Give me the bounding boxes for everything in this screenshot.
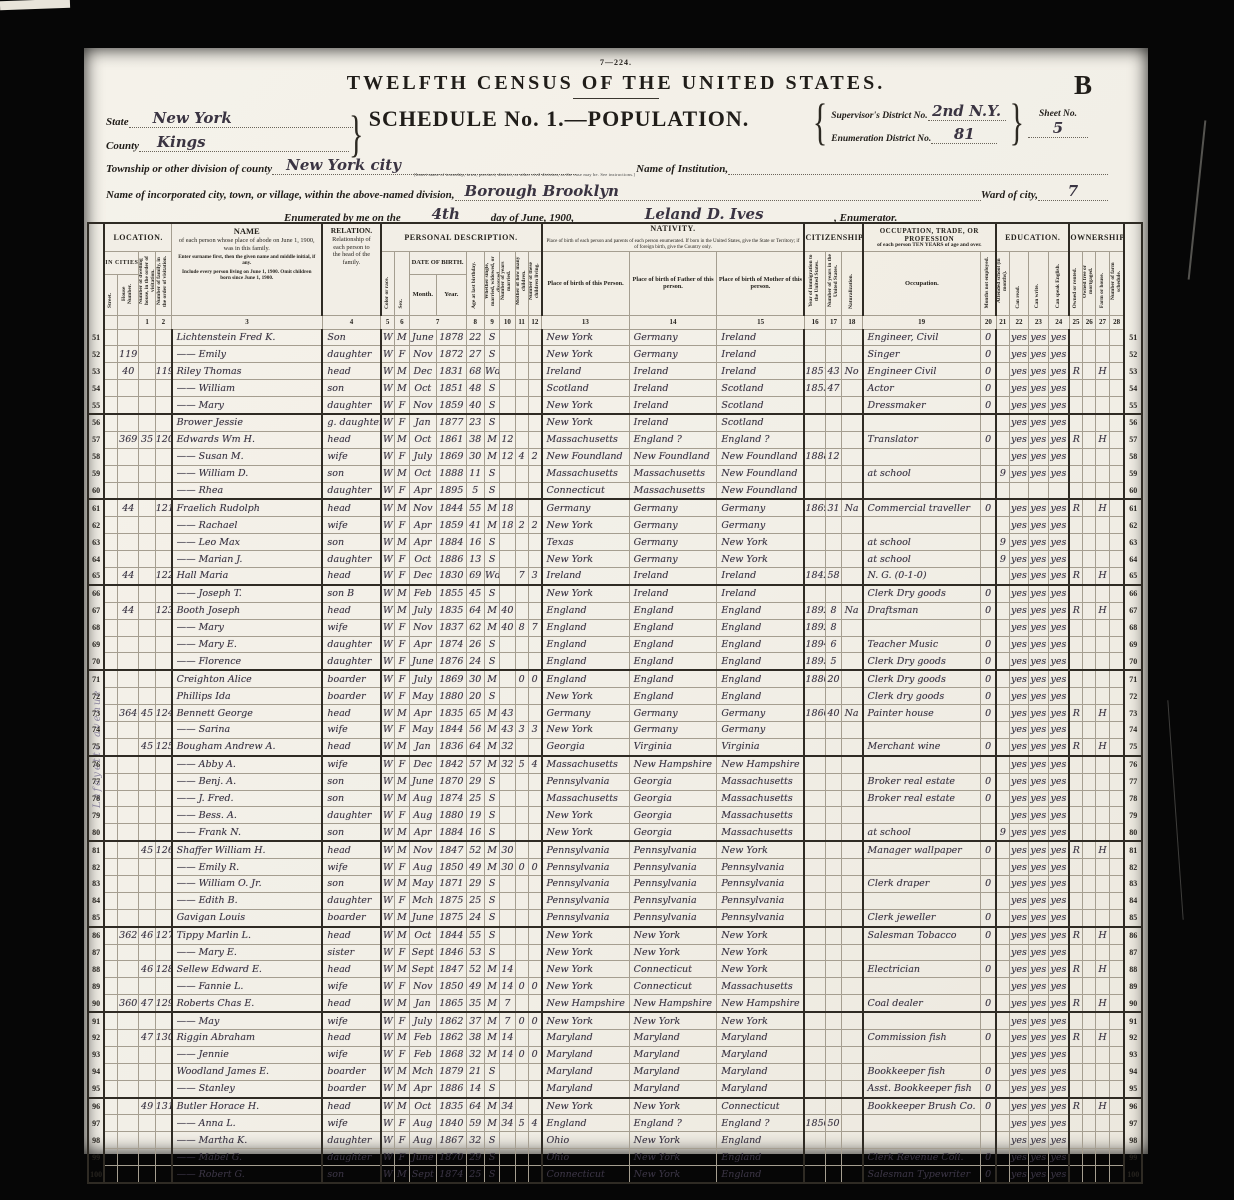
cell-years_us [826, 824, 841, 841]
cell-mortgage [1083, 909, 1096, 926]
column-number: 12 [528, 315, 541, 329]
census-table: LOCATION. NAME of each person whose plac… [87, 222, 1143, 1184]
header-family-number: Number of family, in the order of visita… [155, 251, 171, 315]
city-line: Name of incorporated city, town, or vill… [106, 182, 1108, 201]
row-number-right: 94 [1124, 1063, 1142, 1080]
cell-mortgage [1083, 448, 1096, 465]
cell-family [155, 414, 171, 431]
cell-imm_year: 1894 [804, 636, 825, 653]
cell-read: yes [1009, 738, 1028, 755]
row-number: 51 [88, 329, 104, 346]
cell-years_us [826, 978, 841, 995]
cell-age: 38 [466, 431, 484, 448]
cell-children_living [528, 1030, 541, 1047]
column-number: 2 [155, 315, 171, 329]
cell-pob_father: Connecticut [629, 978, 717, 995]
cell-years_us [826, 721, 841, 738]
header-marital: Whether single, married, widowed, or div… [484, 251, 499, 315]
row-number: 54 [88, 380, 104, 397]
cell-months_unemployed [981, 448, 996, 465]
cell-imm_year [804, 534, 825, 551]
cell-farm_house [1096, 329, 1109, 346]
cell-family [155, 892, 171, 909]
row-number-gutter-right [1124, 223, 1142, 329]
cell-mother_of [515, 909, 528, 926]
cell-color: W [381, 551, 395, 568]
cell-read [1009, 482, 1028, 499]
cell-marital: S [484, 534, 499, 551]
cell-read: yes [1009, 551, 1028, 568]
cell-english: yes [1048, 670, 1069, 687]
cell-color: W [381, 995, 395, 1012]
cell-house [118, 909, 139, 926]
cell-naturalization [841, 944, 862, 961]
table-row: 99—— Mabel G.daughterWFJune187029SOhioNe… [88, 1149, 1142, 1166]
cell-age: 69 [466, 567, 484, 584]
cell-naturalization [841, 841, 862, 858]
row-number-right: 64 [1124, 551, 1142, 568]
cell-imm_year [804, 756, 825, 773]
cell-years_married [500, 1149, 515, 1166]
cell-pob: New York [542, 551, 630, 568]
cell-owned [1069, 517, 1082, 534]
cell-school [996, 892, 1009, 909]
cell-write: yes [1029, 397, 1048, 414]
cell-month: May [409, 721, 437, 738]
table-row: 55—— MarydaughterWFNov185940SNew YorkIre… [88, 397, 1142, 414]
row-number-right: 60 [1124, 482, 1142, 499]
row-number-right: 91 [1124, 1012, 1142, 1029]
cell-age: 30 [466, 448, 484, 465]
row-number: 78 [88, 790, 104, 807]
cell-occupation [863, 448, 981, 465]
cell-color: W [381, 1166, 395, 1183]
cell-mortgage [1083, 1115, 1096, 1132]
cell-pob: New York [542, 329, 630, 346]
cell-imm_year [804, 346, 825, 363]
cell-color: W [381, 431, 395, 448]
cell-relation: daughter [322, 482, 380, 499]
column-number: 17 [826, 315, 841, 329]
cell-years_married: 12 [500, 431, 515, 448]
cell-house: 44 [118, 602, 139, 619]
cell-imm_year: 1842 [804, 567, 825, 584]
cell-naturalization [841, 961, 862, 978]
cell-mortgage [1083, 824, 1096, 841]
cell-write: yes [1029, 653, 1048, 670]
cell-family [155, 824, 171, 841]
cell-relation: son [322, 380, 380, 397]
cell-months_unemployed [981, 859, 996, 876]
cell-years_married [500, 636, 515, 653]
cell-farm_house: H [1096, 841, 1109, 858]
cell-months_unemployed [981, 978, 996, 995]
cell-pob_mother: England [717, 653, 805, 670]
cell-mother_of [515, 380, 528, 397]
cell-pob_father: Maryland [629, 1063, 717, 1080]
cell-years_married [500, 363, 515, 380]
cell-age: 29 [466, 876, 484, 893]
cell-dwelling: 45 [139, 738, 155, 755]
cell-street [104, 465, 117, 482]
cell-owned [1069, 448, 1082, 465]
cell-age: 5 [466, 482, 484, 499]
cell-write: yes [1029, 431, 1048, 448]
cell-age: 30 [466, 670, 484, 687]
table-row: 98—— Martha K.daughterWFAug186732SOhioNe… [88, 1132, 1142, 1149]
header-in-cities: IN CITIES. [104, 251, 139, 274]
cell-sex: F [395, 414, 409, 431]
cell-age: 23 [466, 414, 484, 431]
cell-owned [1069, 414, 1082, 431]
cell-pob_mother: England [717, 1166, 805, 1183]
row-number-right: 73 [1124, 705, 1142, 722]
cell-years_us [826, 397, 841, 414]
cell-month: Dec [409, 363, 437, 380]
cell-street [104, 807, 117, 824]
cell-pob: New Hampshire [542, 995, 630, 1012]
cell-children_living [528, 688, 541, 705]
cell-pob_mother: Virginia [717, 738, 805, 755]
cell-year: 1861 [437, 431, 467, 448]
cell-house [118, 482, 139, 499]
cell-color: W [381, 927, 395, 944]
cell-family [155, 619, 171, 636]
cell-naturalization [841, 1149, 862, 1166]
cell-marital: M [484, 978, 499, 995]
cell-school [996, 688, 1009, 705]
cell-farm_house [1096, 670, 1109, 687]
cell-name: —— Emily [172, 346, 323, 363]
cell-months_unemployed [981, 517, 996, 534]
cell-months_unemployed: 0 [981, 602, 996, 619]
cell-dwelling [139, 653, 155, 670]
cell-pob: Texas [542, 534, 630, 551]
cell-sex: F [395, 619, 409, 636]
cell-read: yes [1009, 517, 1028, 534]
cell-english: yes [1048, 1132, 1069, 1149]
cell-farm_house [1096, 876, 1109, 893]
cell-school [996, 807, 1009, 824]
header-age: Age at last birthday. [466, 251, 484, 315]
cell-years_us: 5 [826, 653, 841, 670]
cell-house: 369 [118, 431, 139, 448]
cell-color: W [381, 346, 395, 363]
cell-school [996, 1012, 1009, 1029]
cell-pob_mother: England [717, 636, 805, 653]
cell-owned [1069, 1166, 1082, 1183]
cell-house [118, 790, 139, 807]
cell-dwelling [139, 978, 155, 995]
column-number: 21 [996, 315, 1009, 329]
cell-color: W [381, 1149, 395, 1166]
cell-pob_mother: Scotland [717, 380, 805, 397]
cell-children_living: 7 [528, 619, 541, 636]
cell-family [155, 1132, 171, 1149]
cell-sex: F [395, 1115, 409, 1132]
cell-relation: head [322, 995, 380, 1012]
cell-occupation: Salesman Typewriter [863, 1166, 981, 1183]
cell-name: —— Marian J. [172, 551, 323, 568]
cell-sex: M [395, 1080, 409, 1097]
cell-relation: Son [322, 329, 380, 346]
cell-mother_of [515, 329, 528, 346]
cell-farm_schedule [1109, 705, 1124, 722]
cell-pob: England [542, 619, 630, 636]
cell-naturalization [841, 653, 862, 670]
table-row: 77—— Benj. A.sonWMJune187029SPennsylvani… [88, 773, 1142, 790]
cell-years_us [826, 1046, 841, 1063]
cell-write: yes [1029, 859, 1048, 876]
cell-english: yes [1048, 499, 1069, 516]
cell-color: W [381, 380, 395, 397]
cell-school [996, 431, 1009, 448]
column-number: 20 [981, 315, 996, 329]
cell-family: 126 [155, 841, 171, 858]
cell-month: Sept [409, 961, 437, 978]
cell-months_unemployed [981, 756, 996, 773]
cell-year: 1850 [437, 859, 467, 876]
cell-months_unemployed [981, 482, 996, 499]
cell-dwelling: 49 [139, 1098, 155, 1115]
row-number-right: 65 [1124, 567, 1142, 584]
cell-pob_father: England [629, 653, 717, 670]
cell-marital: M [484, 431, 499, 448]
cell-mortgage [1083, 602, 1096, 619]
supervisor-value: 2nd N.Y. [928, 102, 1006, 121]
cell-house [118, 329, 139, 346]
cell-english: yes [1048, 738, 1069, 755]
cell-month: Dec [409, 567, 437, 584]
cell-english: yes [1048, 1046, 1069, 1063]
cell-year: 1862 [437, 1012, 467, 1029]
cell-pob_father: Ireland [629, 363, 717, 380]
cell-name: —— Robert G. [172, 1166, 323, 1183]
cell-dwelling [139, 824, 155, 841]
cell-name: —— Sarina [172, 721, 323, 738]
cell-pob_mother: Maryland [717, 1063, 805, 1080]
cell-school [996, 927, 1009, 944]
cell-english: yes [1048, 448, 1069, 465]
header-occupation-group: OCCUPATION, TRADE, OR PROFESSION of each… [863, 223, 997, 251]
cell-month: Oct [409, 431, 437, 448]
cell-relation: head [322, 705, 380, 722]
cell-owned [1069, 756, 1082, 773]
cell-years_us: 20 [826, 670, 841, 687]
cell-english: yes [1048, 1030, 1069, 1047]
header-years-married: Number of years married. [500, 251, 515, 315]
cell-read: yes [1009, 585, 1028, 602]
cell-name: —— William [172, 380, 323, 397]
cell-read: yes [1009, 995, 1028, 1012]
cell-naturalization: Na [841, 705, 862, 722]
cell-years_married: 7 [500, 1012, 515, 1029]
cell-color: W [381, 892, 395, 909]
cell-farm_house: H [1096, 995, 1109, 1012]
scan-scratch [1188, 120, 1207, 279]
cell-school [996, 346, 1009, 363]
header-name-note2: Include every person living on June 1, 1… [172, 268, 321, 282]
cell-marital: M [484, 859, 499, 876]
cell-imm_year [804, 876, 825, 893]
row-number: 95 [88, 1080, 104, 1097]
cell-age: 21 [466, 1063, 484, 1080]
header-name-note1: Enter surname first, then the given name… [172, 253, 321, 267]
cell-read: yes [1009, 705, 1028, 722]
cell-mother_of [515, 824, 528, 841]
cell-naturalization: Na [841, 602, 862, 619]
cell-dwelling [139, 688, 155, 705]
cell-mother_of [515, 876, 528, 893]
table-row: 6744123Booth JosephheadWMJuly183564M40En… [88, 602, 1142, 619]
cell-imm_year: 1869 [804, 499, 825, 516]
cell-pob_father: Pennsylvania [629, 876, 717, 893]
cell-pob_mother: Massachusetts [717, 978, 805, 995]
cell-naturalization: Na [841, 499, 862, 516]
cell-school [996, 1098, 1009, 1115]
cell-school [996, 790, 1009, 807]
row-number-right: 95 [1124, 1080, 1142, 1097]
cell-age: 25 [466, 892, 484, 909]
row-number: 83 [88, 876, 104, 893]
cell-pob_mother: Scotland [717, 397, 805, 414]
cell-month: Nov [409, 978, 437, 995]
cell-read: yes [1009, 346, 1028, 363]
cell-mortgage [1083, 807, 1096, 824]
table-row: 95—— StanleyboarderWMApr188614SMarylandM… [88, 1080, 1142, 1097]
cell-mother_of: 0 [515, 670, 528, 687]
cell-read: yes [1009, 567, 1028, 584]
cell-write: yes [1029, 927, 1048, 944]
row-number: 86 [88, 927, 104, 944]
cell-pob: Germany [542, 499, 630, 516]
cell-occupation: Broker real estate [863, 773, 981, 790]
cell-street [104, 1012, 117, 1029]
cell-pob_father: Maryland [629, 1080, 717, 1097]
cell-imm_year [804, 773, 825, 790]
cell-read: yes [1009, 721, 1028, 738]
row-number: 72 [88, 688, 104, 705]
cell-age: 25 [466, 790, 484, 807]
cell-children_living: 2 [528, 448, 541, 465]
cell-children_living [528, 534, 541, 551]
cell-family [155, 944, 171, 961]
cell-month: Jan [409, 414, 437, 431]
row-number-right: 86 [1124, 927, 1142, 944]
cell-naturalization [841, 414, 862, 431]
cell-pob_mother: Germany [717, 499, 805, 516]
cell-farm_schedule [1109, 773, 1124, 790]
cell-pob_father: England [629, 670, 717, 687]
cell-months_unemployed: 0 [981, 1063, 996, 1080]
row-number: 90 [88, 995, 104, 1012]
cell-mother_of [515, 807, 528, 824]
cell-naturalization [841, 534, 862, 551]
cell-months_unemployed: 0 [981, 1080, 996, 1097]
district-label: Enumeration District No. [831, 134, 931, 144]
cell-years_married [500, 465, 515, 482]
cell-read: yes [1009, 876, 1028, 893]
row-number-right: 52 [1124, 346, 1142, 363]
cell-months_unemployed [981, 1115, 996, 1132]
cell-mother_of [515, 1063, 528, 1080]
cell-owned [1069, 1012, 1082, 1029]
row-number: 65 [88, 567, 104, 584]
cell-street [104, 1080, 117, 1097]
cell-farm_house [1096, 824, 1109, 841]
cell-street [104, 482, 117, 499]
cell-english: yes [1048, 1012, 1069, 1029]
cell-year: 1884 [437, 534, 467, 551]
cell-color: W [381, 414, 395, 431]
row-number-right: 84 [1124, 892, 1142, 909]
cell-years_us: 8 [826, 619, 841, 636]
cell-pob: New York [542, 585, 630, 602]
cell-farm_schedule [1109, 1149, 1124, 1166]
cell-age: 49 [466, 859, 484, 876]
cell-farm_schedule [1109, 363, 1124, 380]
cell-relation: head [322, 499, 380, 516]
cell-dwelling [139, 1115, 155, 1132]
cell-house: 119 [118, 346, 139, 363]
cell-imm_year [804, 1063, 825, 1080]
cell-age: 24 [466, 909, 484, 926]
cell-write: yes [1029, 602, 1048, 619]
cell-farm_schedule [1109, 1046, 1124, 1063]
cell-street [104, 585, 117, 602]
table-row: 8145126Shaffer William H.headWMNov184752… [88, 841, 1142, 858]
table-row: 5340119Riley ThomasheadWMDec183168WdIrel… [88, 363, 1142, 380]
township-note: [Insert name of township, town, precinct… [414, 172, 635, 177]
cell-relation: wife [322, 1115, 380, 1132]
cell-occupation [863, 1115, 981, 1132]
row-number: 88 [88, 961, 104, 978]
cell-owned [1069, 670, 1082, 687]
cell-english [1048, 482, 1069, 499]
cell-mother_of [515, 363, 528, 380]
cell-owned [1069, 824, 1082, 841]
row-number: 81 [88, 841, 104, 858]
cell-school: 9 [996, 534, 1009, 551]
cell-name: Tippy Marlin L. [172, 927, 323, 944]
cell-name: —— Frank N. [172, 824, 323, 841]
table-row: 6544122Hall MariaheadWFDec183069Wd73Irel… [88, 567, 1142, 584]
cell-naturalization [841, 1115, 862, 1132]
cell-color: W [381, 465, 395, 482]
cell-pob_mother: New York [717, 841, 805, 858]
cell-imm_year [804, 1098, 825, 1115]
cell-imm_year [804, 978, 825, 995]
cell-month: Mch [409, 892, 437, 909]
cell-pob: Pennsylvania [542, 876, 630, 893]
cell-pob: New York [542, 346, 630, 363]
cell-farm_house [1096, 1149, 1109, 1166]
cell-pob: England [542, 653, 630, 670]
cell-dwelling [139, 482, 155, 499]
cell-sex: M [395, 790, 409, 807]
cell-children_living [528, 1149, 541, 1166]
cell-children_living [528, 346, 541, 363]
cell-farm_schedule [1109, 841, 1124, 858]
cell-mortgage [1083, 927, 1096, 944]
cell-imm_year [804, 1012, 825, 1029]
cell-owned [1069, 944, 1082, 961]
cell-years_married [500, 824, 515, 841]
cell-house [118, 773, 139, 790]
row-number-right: 98 [1124, 1132, 1142, 1149]
cell-read: yes [1009, 909, 1028, 926]
cell-marital: S [484, 653, 499, 670]
